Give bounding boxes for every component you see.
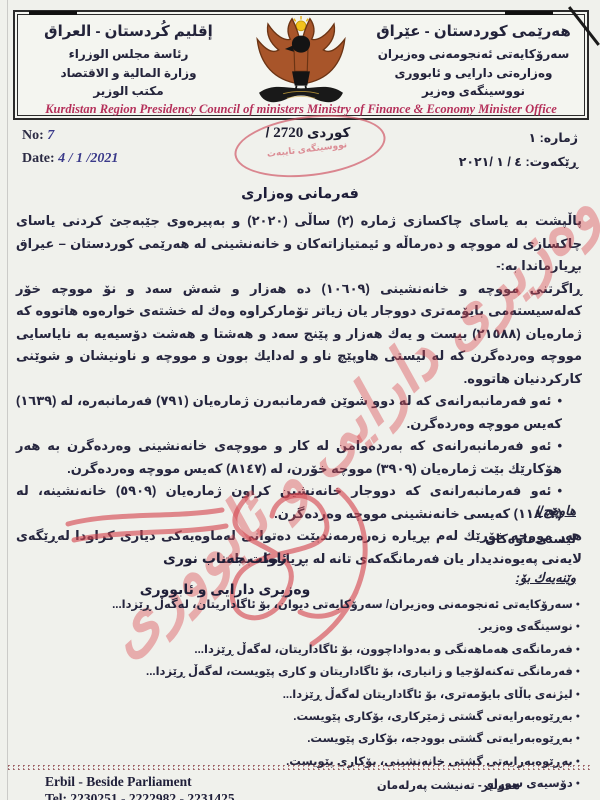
attachment-value: لیستی ناوەکان	[485, 531, 576, 546]
stamp-prefix: /	[266, 125, 270, 140]
date-label: Date:	[22, 151, 55, 166]
frame-ornament-left	[29, 11, 77, 15]
cc-item-5: لیژنەی باڵای بایۆمەتری، بۆ ئاگاداریتان ل…	[16, 684, 580, 706]
scan-edge-line	[7, 0, 8, 800]
cc-item-7: بەڕێوەبەرایەتی گشتی بوودجه، بۆکاری پێویس…	[16, 728, 580, 750]
cc-item-4: فەرمانگی تەکنەلۆجیا و زانیاری، بۆ ئاگادا…	[16, 661, 580, 683]
kurdish-council-line: سەرۆکایەتی ئەنجومەنی وەزیران	[366, 45, 581, 64]
zigzag-divider	[8, 765, 592, 770]
stamp-suffix: کوردی	[307, 125, 350, 140]
minister-name: ئاوات جەناب نوری	[105, 550, 345, 567]
signature-block: ئاوات جەناب نوری وەزیری دارایی و ئابووری	[105, 550, 345, 598]
footer-address-kurdish: هەولێر- تەنیشت پەرلەمان	[377, 778, 520, 792]
kurdish-ministry-line: وەزارەتی دارایی و ئابووری	[366, 64, 581, 83]
ku-date-value: ٢٠٢١/ ١ / ٤	[459, 155, 522, 169]
attachment-block: هاوپێچ// لیستی ناوەکان	[485, 503, 576, 546]
frame-ornament-right	[505, 11, 553, 15]
cc-item-6: بەڕێوەبەرایەتی گشتی ژمێرکاری، بۆکاری پێو…	[16, 706, 580, 728]
scanned-official-document: إقليم كُردستان - العراق رئاسة مجلس الوزر…	[0, 0, 600, 800]
footer-address-english: Erbil - Beside Parliament Tel: 2230251 -…	[45, 773, 235, 800]
arabic-council-line: رئاسة مجلس الوزراء	[21, 45, 236, 64]
stamp-number: 2720	[273, 125, 303, 141]
reference-kurdish: ژماره: ١ ڕێکەوت: ٢٠٢١/ ١ / ٤	[459, 126, 578, 174]
copy-to-heading: وێنەیەك بۆ:	[516, 570, 576, 586]
cc-item-3: فەرمانگەی هەماهەنگی و بەدواداچوون، بۆ ئا…	[16, 639, 580, 661]
no-label: No:	[22, 128, 44, 143]
incoming-number: / 2720 کوردی	[228, 125, 388, 142]
footer-phone-line: Tel: 2230251 - 2222982 - 2231425	[45, 790, 235, 800]
registration-stamp: نووسینگەی تایبەت / 2720 کوردی	[228, 112, 388, 178]
date-value-handwritten: 4 / 1 /2021	[58, 151, 118, 166]
ku-date-label: ڕێکەوت:	[525, 155, 578, 169]
attachment-label: هاوپێچ//	[485, 503, 576, 519]
arabic-region-title: إقليم كُردستان - العراق	[21, 22, 236, 40]
reference-english: No: 7 Date: 4 / 1 /2021	[22, 124, 118, 170]
cc-item-1: سەرۆکایەتی ئەنجومەنی وەزیران/ سەرۆکایەتی…	[16, 594, 580, 616]
cc-item-2: نوسینگەی وەزیر.	[16, 616, 580, 638]
no-value-handwritten: 7	[47, 128, 54, 143]
ku-no-label: ژماره:	[540, 131, 578, 145]
letterhead-frame: إقليم كُردستان - العراق رئاسة مجلس الوزر…	[13, 10, 589, 120]
krg-eagle-sun-emblem-icon	[241, 16, 361, 98]
body-paragraph-1: پاڵپشت به یاسای چاکسازی ژماره (٢) ساڵی (…	[16, 210, 582, 278]
arabic-office-line: مكتب الوزير	[21, 82, 236, 101]
arabic-ministry-line: وزارة المالية و الاقتصاد	[21, 64, 236, 83]
kurdish-region-title: هەرێمی کوردستان - عێراق	[366, 22, 581, 40]
body-bullet-1: ئەو فەرمانبەرانەی که له دوو شوێن فەرمانب…	[16, 390, 568, 435]
kurdish-office-line: نووسینگەی وەزیر	[366, 82, 581, 101]
letterhead-kurdish-column: هەرێمی کوردستان - عێراق سەرۆکایەتی ئەنجو…	[366, 16, 581, 98]
body-bullet-2: ئەو فەرمانبەرانەی که بەردەوامن له کار و …	[16, 435, 568, 480]
document-title: فەرمانی وەزاری	[0, 186, 600, 202]
ribbon-banner	[259, 87, 343, 102]
ku-no-value: ١	[529, 131, 537, 145]
footer-address-line: Erbil - Beside Parliament	[45, 773, 235, 790]
letterhead-arabic-column: إقليم كُردستان - العراق رئاسة مجلس الوزر…	[21, 16, 236, 98]
body-paragraph-2: ڕاگرتنی مووچه و خانەنشینی (١٠٦٠٩) ده هەز…	[16, 278, 582, 391]
